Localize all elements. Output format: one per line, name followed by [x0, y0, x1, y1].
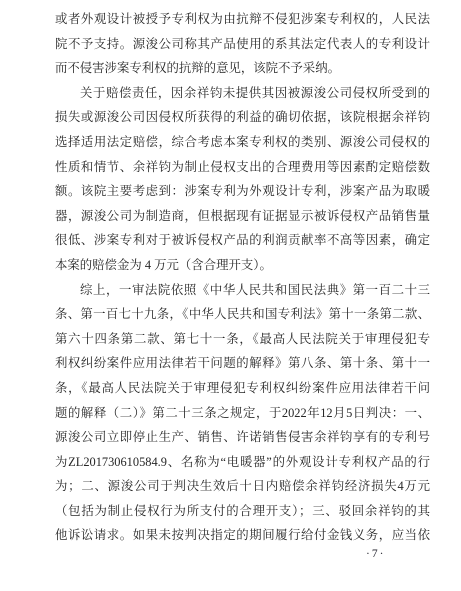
- text-line-14: 第六十四条第二款、第七十一条，《最高人民法院关于审理侵犯专: [55, 327, 430, 352]
- text-line-6: 选择适用法定赔偿，综合考虑本案专利权的类别、源浚公司侵权的: [55, 130, 430, 155]
- text-line-7: 性质和情节、余祥钧为制止侵权支出的合理费用等因素酌定赔偿数: [55, 155, 430, 180]
- text-line-18: 源浚公司立即停止生产、销售、许诺销售侵害余祥钧享有的专利号: [55, 425, 430, 450]
- text-line-11: 本案的赔偿金为 4 万元（含合理开支）。: [55, 253, 430, 278]
- text-line-20: 为；二、源浚公司于判决生效后十日内赔偿余祥钧经济损失4万元: [55, 474, 430, 499]
- text-line-5: 损失或源浚公司因侵权所获得的利益的确切依据，该院根据余祥钧: [55, 105, 430, 130]
- text-line-2: 院不予支持。源浚公司称其产品使用的系其法定代表人的专利设计: [55, 32, 430, 57]
- text-line-21: （包括为制止侵权行为所支付的合理开支）；三、驳回余祥钧的其: [55, 499, 430, 524]
- judgment-text-block: 或者外观设计被授予专利权为由抗辩不侵犯涉案专利权的，人民法 院不予支持。源浚公司…: [55, 7, 430, 548]
- text-line-16: 条，《最高人民法院关于审理侵犯专利权纠纷案件应用法律若干问: [55, 376, 430, 401]
- text-line-10: 很低、涉案专利对于被诉侵权产品的利润贡献率不高等因素，确定: [55, 228, 430, 253]
- text-line-15: 利权纠纷案件应用法律若干问题的解释》第八条、第十条、第十一: [55, 351, 430, 376]
- text-line-8: 额。该院主要考虑到：涉案专利为外观设计专利，涉案产品为取暖: [55, 179, 430, 204]
- text-line-12: 综上，一审法院依照《中华人民共和国民法典》第一百二十三: [55, 278, 430, 303]
- text-line-3: 而不侵害涉案专利权的抗辩的意见，该院不予采纳。: [55, 56, 430, 81]
- text-line-19: 为ZL201730610584.9、名称为“电暖器”的外观设计专利权产品的行: [55, 450, 430, 475]
- text-line-1: 或者外观设计被授予专利权为由抗辩不侵犯涉案专利权的，人民法: [55, 7, 430, 32]
- text-line-17: 题的解释（二）》第二十三条之规定，于2022年12月5日判决：一、: [55, 401, 430, 426]
- text-line-4: 关于赔偿责任，因余祥钧未提供其因被源浚公司侵权所受到的: [55, 81, 430, 106]
- page-number: ·7·: [366, 548, 385, 560]
- text-line-22: 他诉讼请求。如果未按判决指定的期间履行给付金钱义务，应当依: [55, 523, 430, 548]
- document-page: 或者外观设计被授予专利权为由抗辩不侵犯涉案专利权的，人民法 院不予支持。源浚公司…: [0, 0, 461, 591]
- text-line-13: 条、第一百七十九条，《中华人民共和国专利法》第十一条第二款、: [55, 302, 430, 327]
- text-line-9: 器，源浚公司为制造商，但根据现有证据显示被诉侵权产品销售量: [55, 204, 430, 229]
